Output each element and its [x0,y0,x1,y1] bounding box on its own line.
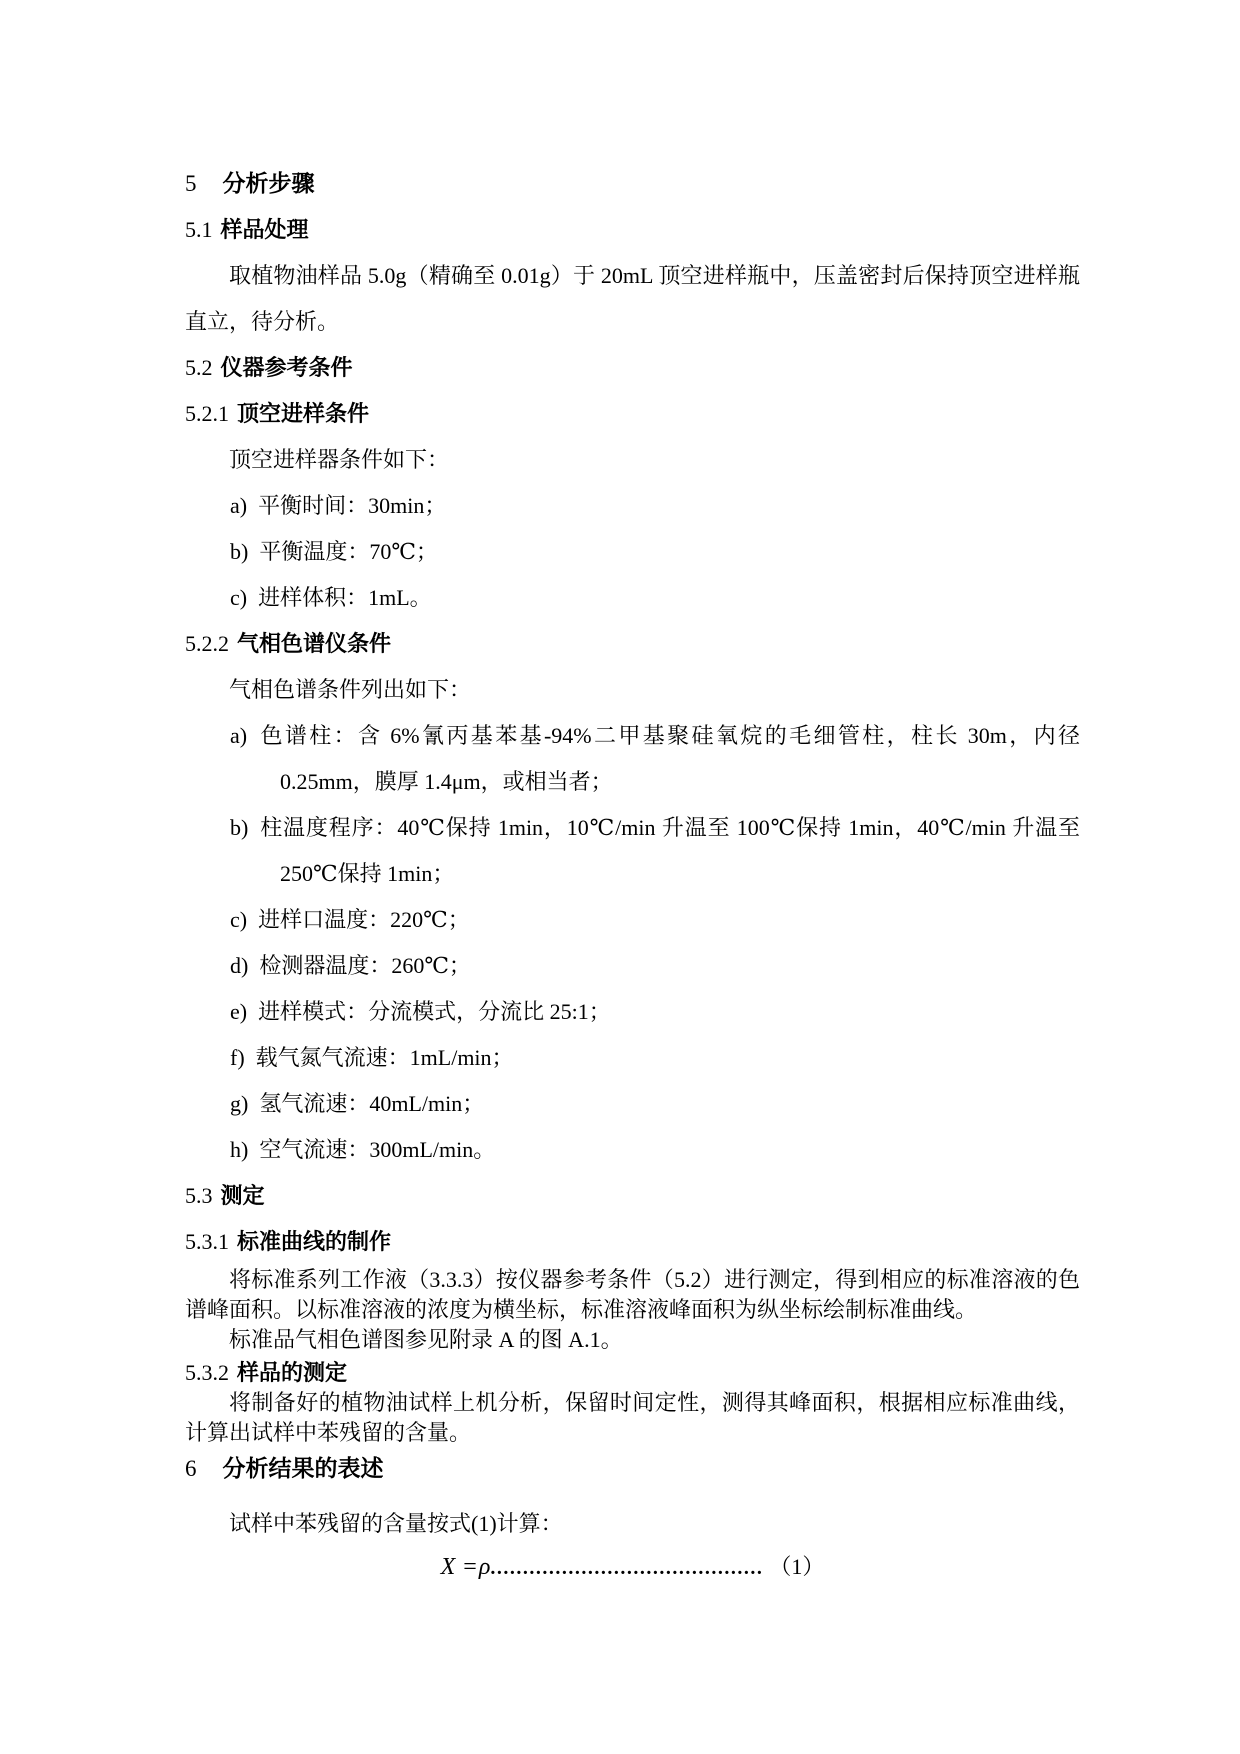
heading-number: 5.2 [185,355,213,380]
heading-title: 气相色谱仪条件 [237,631,391,656]
gc-condition-item-g: g) 氢气流速：40mL/min； [230,1081,1080,1127]
gc-condition-item-a: a) 色谱柱：含 6%氰丙基苯基-94%二甲基聚硅氧烷的毛细管柱，柱长 30m，… [230,713,1080,805]
section-5-3-2-heading: 5.3.2样品的测定 [185,1358,1080,1388]
heading-title: 标准曲线的制作 [237,1229,391,1254]
section-5-1-heading: 5.1样品处理 [185,207,1080,253]
section-6-heading: 6分析结果的表述 [185,1453,1080,1484]
formula-number: （1） [769,1554,824,1579]
gc-condition-item-d: d) 检测器温度：260℃； [230,943,1080,989]
section-5-2-heading: 5.2仪器参考条件 [185,345,1080,391]
paragraph-headspace-intro: 顶空进样器条件如下： [185,437,1080,483]
document-body-upper: 5分析步骤 5.1样品处理 取植物油样品 5.0g（精确至 0.01g）于 20… [185,160,1080,1265]
section-5-2-2-heading: 5.2.2气相色谱仪条件 [185,621,1080,667]
heading-number: 5 [185,171,197,196]
gc-condition-item-h: h) 空气流速：300mL/min。 [230,1127,1080,1173]
section-5-2-1-heading: 5.2.1顶空进样条件 [185,391,1080,437]
heading-title: 测定 [221,1183,265,1208]
formula-lhs: X [441,1554,456,1580]
formula-rhs: ρ [479,1554,491,1580]
gc-condition-item-f: f) 载气氮气流速：1mL/min； [230,1035,1080,1081]
headspace-condition-item-c: c) 进样体积：1mL。 [230,575,1080,621]
heading-number: 5.2.1 [185,401,229,426]
paragraph-gc-intro: 气相色谱条件列出如下： [185,667,1080,713]
heading-number: 5.1 [185,217,213,242]
paragraph-standard-curve: 将标准系列工作液（3.3.3）按仪器参考条件（5.2）进行测定，得到相应的标准溶… [185,1265,1080,1325]
paragraph-sample-treatment: 取植物油样品 5.0g（精确至 0.01g）于 20mL 顶空进样瓶中，压盖密封… [185,253,1080,345]
document-body-lower: 将标准系列工作液（3.3.3）按仪器参考条件（5.2）进行测定，得到相应的标准溶… [185,1265,1080,1585]
heading-title: 样品的测定 [237,1360,347,1385]
heading-number: 5.2.2 [185,631,229,656]
paragraph-formula-intro: 试样中苯残留的含量按式(1)计算： [185,1509,1080,1539]
heading-title: 分析结果的表述 [223,1455,384,1481]
heading-title: 仪器参考条件 [221,355,353,380]
section-5-heading: 5分析步骤 [185,160,1080,207]
heading-title: 顶空进样条件 [237,401,369,426]
heading-number: 5.3.1 [185,1229,229,1254]
heading-title: 分析步骤 [223,170,315,196]
gc-condition-item-b: b) 柱温度程序：40℃保持 1min，10℃/min 升温至 100℃保持 1… [230,805,1080,897]
heading-number: 5.3 [185,1183,213,1208]
document-page: 5分析步骤 5.1样品处理 取植物油样品 5.0g（精确至 0.01g）于 20… [0,0,1240,1754]
formula-dot-leader: ........................................… [490,1557,763,1579]
gc-condition-item-c: c) 进样口温度：220℃； [230,897,1080,943]
paragraph-chromatogram-ref: 标准品气相色谱图参见附录 A 的图 A.1。 [185,1325,1080,1355]
section-5-3-heading: 5.3测定 [185,1173,1080,1219]
headspace-condition-item-a: a) 平衡时间：30min； [230,483,1080,529]
formula-block: X=ρ.....................................… [185,1550,1080,1585]
gc-condition-item-e: e) 进样模式：分流模式，分流比 25:1； [230,989,1080,1035]
heading-number: 5.3.2 [185,1360,229,1385]
formula-equals-sign: = [463,1554,477,1580]
heading-title: 样品处理 [221,217,309,242]
section-5-3-1-heading: 5.3.1标准曲线的制作 [185,1219,1080,1265]
headspace-condition-item-b: b) 平衡温度：70℃； [230,529,1080,575]
heading-number: 6 [185,1456,197,1481]
paragraph-sample-determination: 将制备好的植物油试样上机分析，保留时间定性，测得其峰面积，根据相应标准曲线，计算… [185,1388,1080,1448]
